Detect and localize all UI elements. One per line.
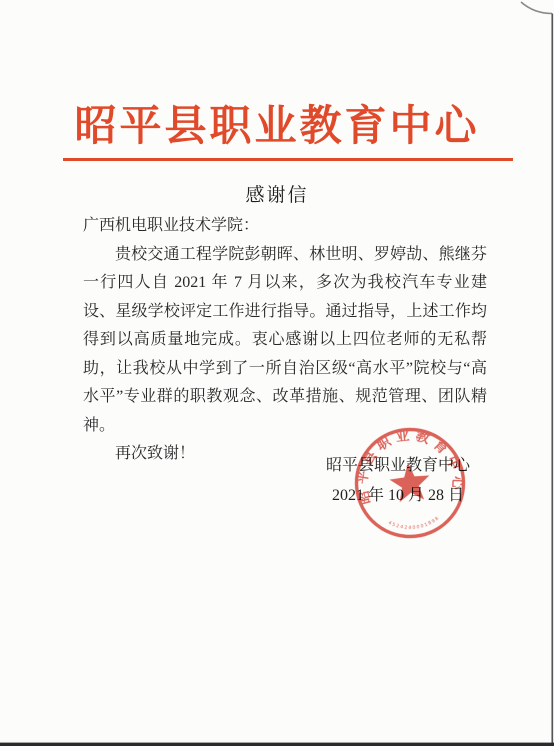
- star-icon: [388, 461, 432, 503]
- body-paragraph: 贵校交通工程学院彭朝晖、林世明、罗婷劼、熊继芬一行四人自 2021 年 7 月以…: [83, 241, 487, 441]
- scan-artifact-bottom-edge-line: [0, 743, 554, 746]
- letter-title: 感谢信: [0, 180, 554, 207]
- letterhead-title: 昭平县职业教育中心: [0, 103, 554, 151]
- official-seal-stamp: 昭平县职业教育中心 4524240001898: [339, 412, 482, 555]
- scanned-letter-page: 昭平县职业教育中心 感谢信 广西机电职业技术学院： 贵校交通工程学院彭朝晖、林世…: [0, 0, 554, 746]
- salutation-line: 广西机电职业技术学院：: [83, 212, 487, 241]
- letterhead-divider-rule: [63, 158, 513, 161]
- scan-artifact-top-right-hook: [521, 2, 552, 14]
